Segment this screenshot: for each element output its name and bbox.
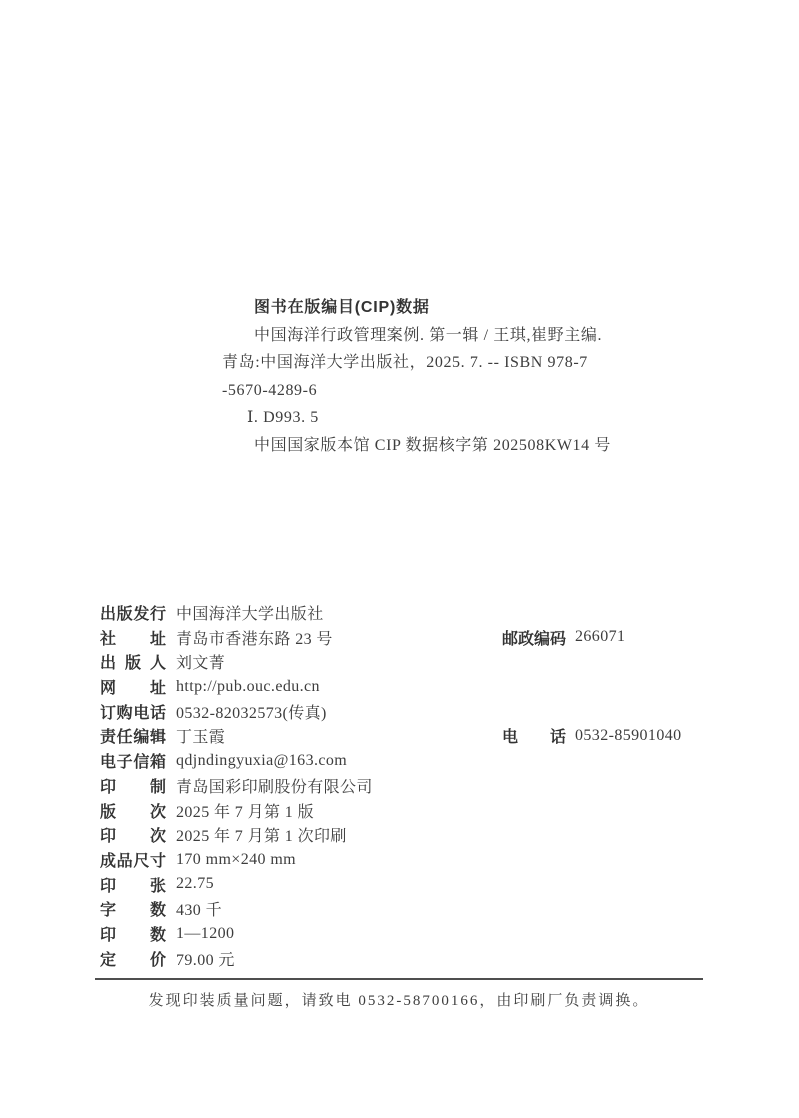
colophon-label: 字数 [100,897,166,920]
colophon-row: 印数 1—1200 [100,921,704,946]
colophon-right: 电话 0532-85901040 [502,724,682,749]
colophon-value: 22.75 [176,875,214,893]
colophon-right: 邮政编码 266071 [502,625,625,650]
colophon-rows: 出版发行 中国海洋大学出版社 社址 青岛市香港东路 23 号 邮政编码 2660… [100,600,704,971]
colophon-label: 出版人 [100,650,166,673]
cip-line: 中国海洋行政管理案例. 第一辑 / 王琪,崔野主编. [222,322,662,350]
colophon-row: 社址 青岛市香港东路 23 号 邮政编码 266071 [100,625,704,650]
colophon-row: 订购电话 0532-82032573(传真) [100,699,704,724]
colophon-value: qdjndingyuxia@163.com [176,752,347,770]
colophon-row: 责任编辑 丁玉霞 电话 0532-85901040 [100,724,704,749]
colophon-value: 丁玉霞 [176,724,225,747]
colophon-row: 字数 430 千 [100,897,704,922]
colophon-row: 版次 2025 年 7 月第 1 版 [100,798,704,823]
colophon-row: 出版人 刘文菁 [100,649,704,674]
cip-line: 中国国家版本馆 CIP 数据核字第 202508KW14 号 [222,432,662,460]
cip-line: Ⅰ. D993. 5 [222,404,662,432]
colophon-label: 成品尺寸 [100,848,166,871]
colophon-label: 印次 [100,823,166,846]
colophon-value: 青岛市香港东路 23 号 [176,626,333,649]
colophon-label: 订购电话 [100,700,166,723]
colophon-right-label: 电话 [502,724,566,747]
colophon-label: 印数 [100,922,166,945]
colophon-value: 79.00 元 [176,947,235,970]
colophon-value: 0532-82032573(传真) [176,700,327,723]
cip-line: 青岛:中国海洋大学出版社，2025. 7. -- ISBN 978-7 [222,349,662,377]
cip-heading: 图书在版编目(CIP)数据 [254,294,662,322]
colophon-value: 2025 年 7 月第 1 版 [176,799,314,822]
colophon-value: 1—1200 [176,925,234,943]
colophon-value: http://pub.ouc.edu.cn [176,678,320,696]
colophon-value: 青岛国彩印刷股份有限公司 [176,774,373,797]
colophon-row: 印次 2025 年 7 月第 1 次印刷 [100,822,704,847]
colophon-row: 印张 22.75 [100,872,704,897]
colophon-right-value: 0532-85901040 [575,727,682,745]
colophon-label: 出版发行 [100,601,166,624]
colophon-right-value: 266071 [575,628,625,646]
cip-lines: 中国海洋行政管理案例. 第一辑 / 王琪,崔野主编.青岛:中国海洋大学出版社，2… [222,322,662,460]
printing-quality-note: 发现印装质量问题，请致电 0532-58700166，由印刷厂负责调换。 [95,989,703,1010]
colophon-row: 定价 79.00 元 [100,946,704,971]
colophon-value: 170 mm×240 mm [176,851,296,869]
colophon-label: 责任编辑 [100,724,166,747]
colophon-row: 网址 http://pub.ouc.edu.cn [100,674,704,699]
footer-divider [95,978,703,980]
colophon-label: 印制 [100,774,166,797]
colophon-row: 电子信箱 qdjndingyuxia@163.com [100,748,704,773]
colophon-label: 电子信箱 [100,749,166,772]
cip-block: 图书在版编目(CIP)数据 中国海洋行政管理案例. 第一辑 / 王琪,崔野主编.… [222,294,662,460]
colophon-value: 2025 年 7 月第 1 次印刷 [176,823,347,846]
colophon-value: 刘文菁 [176,650,225,673]
colophon-row: 印制 青岛国彩印刷股份有限公司 [100,773,704,798]
cip-line: -5670-4289-6 [222,377,662,405]
colophon-label: 印张 [100,873,166,896]
colophon-value: 中国海洋大学出版社 [176,601,324,624]
colophon-right-label: 邮政编码 [502,626,566,649]
colophon-label: 社址 [100,626,166,649]
colophon-label: 定价 [100,947,166,970]
colophon-label: 版次 [100,799,166,822]
colophon-row: 成品尺寸 170 mm×240 mm [100,847,704,872]
colophon-row: 出版发行 中国海洋大学出版社 [100,600,704,625]
copyright-page: 图书在版编目(CIP)数据 中国海洋行政管理案例. 第一辑 / 王琪,崔野主编.… [0,0,799,1118]
colophon-label: 网址 [100,675,166,698]
colophon-value: 430 千 [176,897,222,920]
